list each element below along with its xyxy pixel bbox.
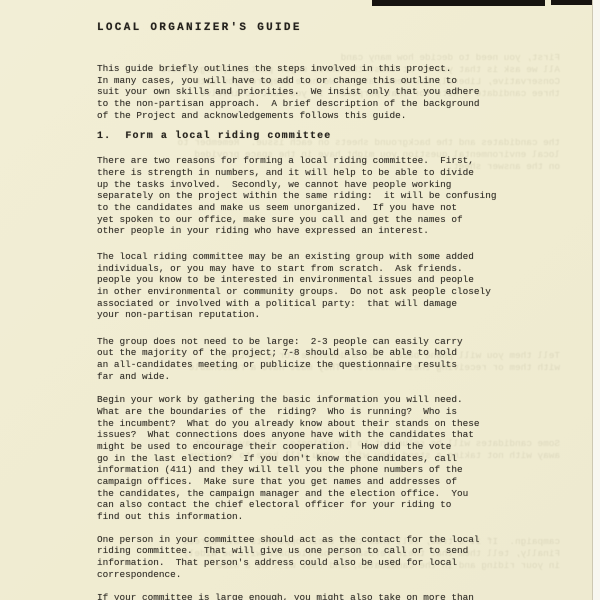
document-title: LOCAL ORGANIZER'S GUIDE: [97, 22, 557, 35]
page-right-edge: [592, 0, 600, 600]
paragraph-gather-information: Begin your work by gathering the basic i…: [97, 394, 557, 522]
paragraph-riding-committee-reasons: There are two reasons for forming a loca…: [97, 155, 557, 237]
document-body: LOCAL ORGANIZER'S GUIDE This guide brief…: [97, 0, 557, 600]
paragraph-large-committee: If your committee is large enough, you m…: [97, 592, 557, 600]
paragraph-contact-person: One person in your committee should act …: [97, 534, 557, 581]
section-1-heading: 1. Form a local riding committee: [97, 131, 557, 143]
intro-paragraph: This guide briefly outlines the steps in…: [97, 63, 557, 121]
paragraph-committee-membership: The local riding committee may be an exi…: [97, 251, 557, 321]
scanned-document-page: First, you need to decide how many cand …: [0, 0, 600, 600]
paragraph-group-size: The group does not need to be large: 2-3…: [97, 336, 557, 383]
